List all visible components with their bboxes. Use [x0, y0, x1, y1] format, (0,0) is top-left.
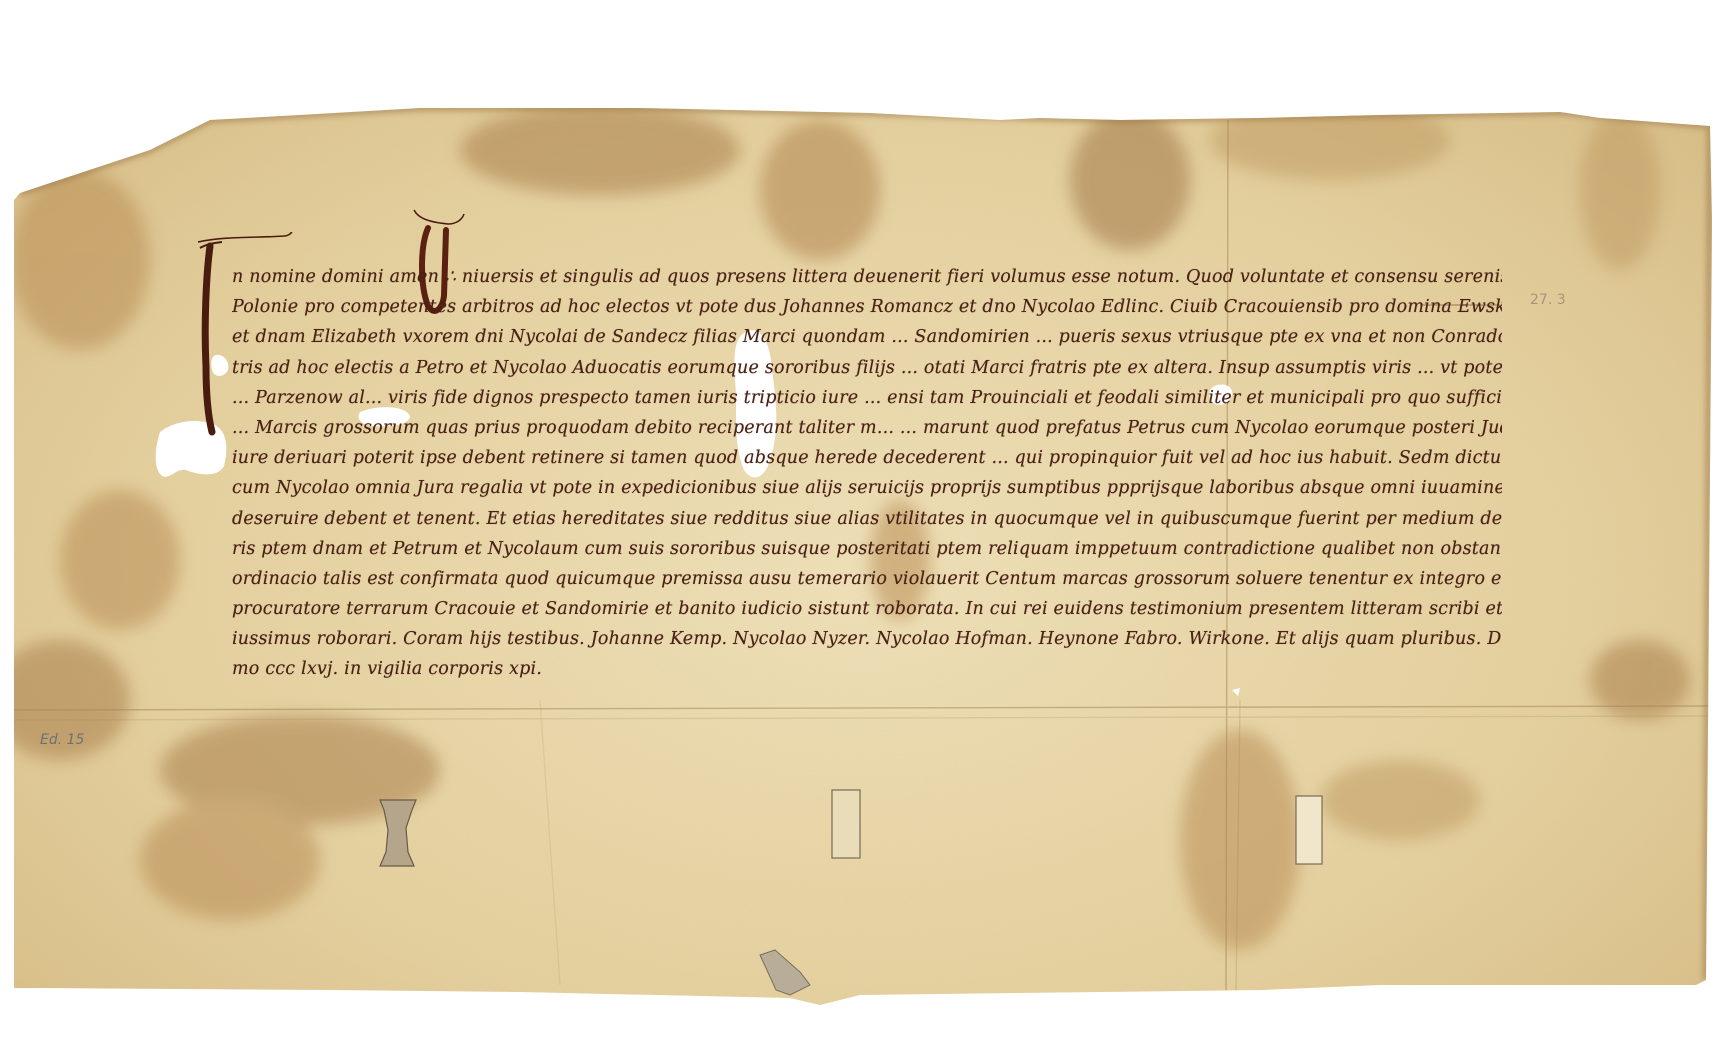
initial-flourish: [196, 232, 296, 246]
initial-letter-i: [196, 236, 222, 436]
text-line: ... Marcis grossorum quas prius proquoda…: [232, 413, 1502, 443]
text-line: iussimus roborari. Coram hijs testibus. …: [232, 624, 1502, 654]
text-line: procuratore terrarum Cracouie et Sandomi…: [232, 594, 1502, 624]
text-line: deseruire debent et tenent. Et etias her…: [232, 504, 1502, 534]
archive-mark: Ed. 15: [40, 732, 84, 748]
shelf-mark: 27. 3: [1530, 292, 1566, 308]
text-line: et dnam Elizabeth vxorem dni Nycolai de …: [232, 322, 1502, 352]
text-line: n nomine domini amen ∴ niuersis et singu…: [232, 262, 1502, 292]
text-line: tris ad hoc electis a Petro et Nycolao A…: [232, 353, 1502, 383]
text-line: ... Parzenow al... viris fide dignos pre…: [232, 383, 1502, 413]
charter-text: n nomine domini amen ∴ niuersis et singu…: [232, 262, 1502, 685]
text-line: Polonie pro competentes arbitros ad hoc …: [232, 292, 1502, 322]
text-line: mo ccc lxvj. in vigilia corporis xpi.: [232, 654, 1502, 684]
text-line: ris ptem dnam et Petrum et Nycolaum cum …: [232, 534, 1502, 564]
text-line: iure deriuari poterit ipse debent retine…: [232, 443, 1502, 473]
text-line: ordinacio talis est confirmata quod quic…: [232, 564, 1502, 594]
text-line: cum Nycolao omnia Jura regalia vt pote i…: [232, 473, 1502, 503]
document-photo: n nomine domini amen ∴ niuersis et singu…: [0, 0, 1716, 1058]
